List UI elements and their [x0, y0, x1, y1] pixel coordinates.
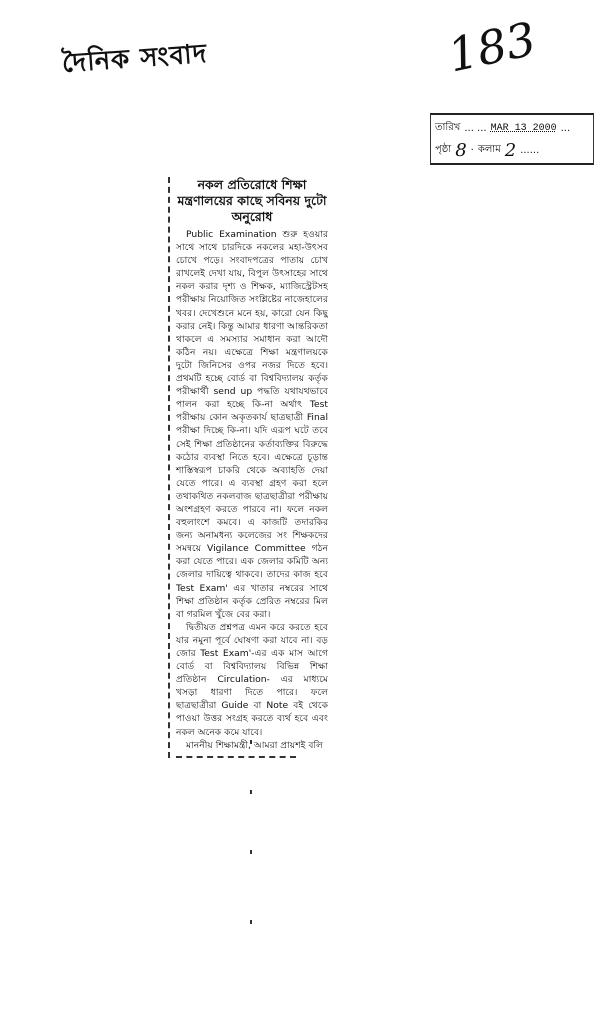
paragraph: মাননীয় শিক্ষামন্ত্রী, আমরা প্রায়শই বলি	[176, 739, 328, 752]
date-stamp: তারিখ ... ... MAR 13 2000 ... পৃষ্ঠা 8 ·…	[430, 113, 594, 165]
newspaper-masthead: দৈনিক সংবাদ	[61, 33, 209, 87]
scan-speck	[250, 920, 252, 924]
clipping-edge	[176, 756, 296, 758]
newspaper-clipping: নকল প্রতিরোধে শিক্ষা মন্ত্রণালয়ের কাছে …	[168, 177, 328, 758]
article-headline: নকল প্রতিরোধে শিক্ষা মন্ত্রণালয়ের কাছে …	[176, 177, 328, 225]
scan-speck	[250, 740, 252, 744]
scan-speck	[250, 850, 252, 854]
column-label: কলাম	[478, 142, 501, 159]
handwritten-page-number: 183	[443, 11, 540, 82]
date-label: তারিখ	[435, 120, 460, 137]
date-value: MAR 13 2000	[491, 123, 557, 134]
article-body: Public Examination শুরু হওয়ার সাথে সাথে…	[176, 228, 328, 752]
scan-speck	[250, 790, 252, 794]
paragraph: দ্বিতীয়ত প্রশ্নপত্র এমন করে করতে হবে যা…	[176, 621, 328, 739]
page-value: 8	[455, 140, 466, 161]
column-value: 2	[505, 140, 516, 161]
page-label: পৃষ্ঠা	[435, 142, 451, 159]
paragraph: Public Examination শুরু হওয়ার সাথে সাথে…	[176, 228, 328, 621]
